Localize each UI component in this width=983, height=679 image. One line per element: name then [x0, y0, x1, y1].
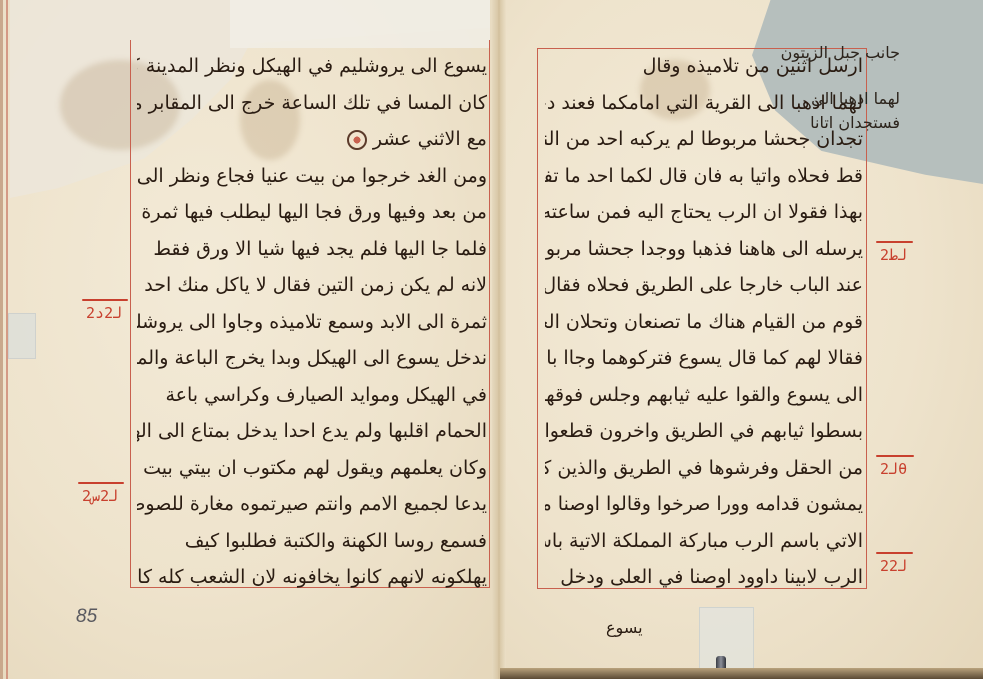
patch-note-line: لهما اذهبا الى [760, 86, 900, 112]
text-line: الرب لابينا داوود اوصنا في العلى ودخل [545, 559, 863, 596]
patch-note-line: فستجدان اتانا [760, 110, 900, 136]
text-line: الحمام اقلبها ولم يدع احدا يدخل بمتاع ال… [137, 413, 487, 450]
patch-note-line: جانب جبل الزيتون [760, 40, 900, 66]
left-text-block: يسوع الى يروشليم في الهيكل ونظر المدينة … [137, 48, 487, 596]
text-line: ندخل يسوع الى الهيكل وبدا يخرج الباعة وا… [137, 340, 487, 377]
folio-number: 85 [76, 606, 97, 628]
catchword: يسوع [606, 618, 643, 637]
text-line: يرسله الى هاهنا فذهبا ووجدا جحشا مربوطا [545, 231, 863, 268]
text-line: عند الباب خارجا على الطريق فحلاه فقال له… [545, 267, 863, 304]
margin-note: 2ﻟ2د [86, 299, 122, 322]
text-line: فلما جا اليها فلم يجد فيها شيا الا ورق ف… [137, 231, 487, 268]
text-line-content: مع الاثني عشر [373, 128, 487, 150]
margin-note: 2ﻟθ [880, 455, 908, 478]
text-line: الى يسوع والقوا عليه ثيابهم وجلس فوقها و… [545, 377, 863, 414]
text-line: لانه لم يكن زمن التين فقال لا ياكل منك ا… [137, 267, 487, 304]
text-line: وكان يعلمهم ويقول لهم مكتوب ان بيتي بيت … [137, 450, 487, 487]
text-line: فسمع روسا الكهنة والكتبة فطلبوا كيف [137, 523, 487, 560]
text-line: ومن الغد خرجوا من بيت عنيا فجاع ونظر الى… [137, 158, 487, 195]
margin-note: 2ﻟ2 [880, 552, 907, 575]
text-line: يدعا لجميع الامم وانتم صيرتموه مغارة للص… [137, 486, 487, 523]
text-line: قوم من القيام هناك ما تصنعان وتحلان الجح… [545, 304, 863, 341]
text-line: الاتي باسم الرب مباركة المملكة الاتية با… [545, 523, 863, 560]
text-line: مع الاثني عشر [137, 121, 487, 158]
manuscript-spread: يسوع الى يروشليم في الهيكل ونظر المدينة … [0, 0, 983, 679]
text-line: من الحقل وفرشوها في الطريق والذين كانوا [545, 450, 863, 487]
text-line: يسوع الى يروشليم في الهيكل ونظر المدينة … [137, 48, 487, 85]
mylar-tab-left [8, 313, 36, 359]
gutter [492, 0, 506, 679]
margin-note: 2ﻟط [880, 241, 907, 264]
text-line: من بعد وفيها ورق فجا اليها ليطلب فيها ثم… [137, 194, 487, 231]
margin-note: 2ﻟ2س [82, 482, 118, 505]
text-line: في الهيكل وموايد الصيارف وكراسي باعة [137, 377, 487, 414]
text-line: فقالا لهم كما قال يسوع فتركوهما وجاا بال… [545, 340, 863, 377]
text-line: يهلكونه لانهم كانوا يخافونه لان الشعب كل… [137, 559, 487, 596]
text-line: قط فحلاه واتيا به فان قال لكما احد ما تف… [545, 158, 863, 195]
text-line: كان المسا في تلك الساعة خرج الى المقابر … [137, 85, 487, 122]
text-line: يمشون قدامه وورا صرخوا وقالوا اوصنا مبار… [545, 486, 863, 523]
text-line: ثمرة الى الابد وسمع تلاميذه وجاوا الى ير… [137, 304, 487, 341]
text-line: بهذا فقولا ان الرب يحتاج اليه فمن ساعته [545, 194, 863, 231]
text-line: بسطوا ثيابهم في الطريق واخرون قطعوا اغصا… [545, 413, 863, 450]
page-bottom-edge [500, 668, 983, 679]
rosette-ornament-icon [347, 130, 367, 150]
